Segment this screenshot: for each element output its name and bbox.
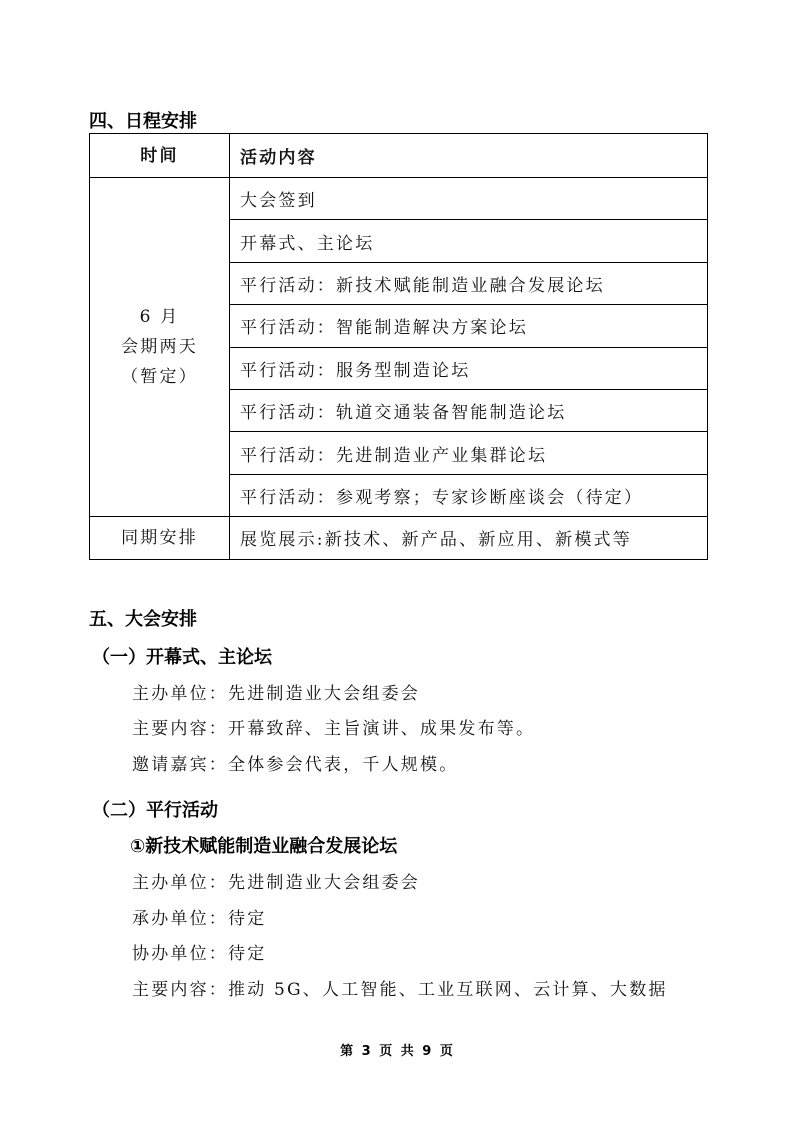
forum-1-heading: ①新技术赋能制造业融合发展论坛 (130, 832, 397, 858)
schedule-table: 时间 活动内容 6 月 会期两天 （暂定） 大会签到 开幕式、主论坛 平行活动：… (89, 133, 708, 560)
page-footer: 第 3 页 共 9 页 (0, 1040, 793, 1059)
undertaker-line: 承办单位：待定 (132, 904, 266, 929)
header-time: 时间 (90, 134, 230, 178)
section-4-heading: 四、日程安排 (89, 107, 197, 133)
guests-line: 邀请嘉宾：全体参会代表，千人规模。 (132, 750, 458, 775)
activity-cell: 平行活动：服务型制造论坛 (230, 347, 708, 389)
activity-cell: 平行活动：参观考察；专家诊断座谈会（待定） (230, 474, 708, 516)
activity-cell: 开幕式、主论坛 (230, 220, 708, 262)
time-cell-main: 6 月 会期两天 （暂定） (90, 178, 230, 517)
activity-cell: 平行活动：先进制造业产业集群论坛 (230, 432, 708, 474)
time-month: 6 月 (90, 302, 229, 332)
subsection-1-heading: （一）开幕式、主论坛 (92, 643, 272, 669)
table-header-row: 时间 活动内容 (90, 134, 708, 178)
section-5-heading: 五、大会安排 (89, 605, 197, 631)
header-activity: 活动内容 (230, 134, 708, 178)
time-cell-concurrent: 同期安排 (90, 517, 230, 559)
time-tentative: （暂定） (90, 362, 229, 392)
activity-cell: 平行活动：智能制造解决方案论坛 (230, 305, 708, 347)
table-row: 同期安排 展览展示:新技术、新产品、新应用、新模式等 (90, 517, 708, 559)
co-organizer-line: 协办单位：待定 (132, 939, 266, 964)
content-line: 主要内容：开幕致辞、主旨演讲、成果发布等。 (132, 714, 535, 739)
organizer-line: 主办单位：先进制造业大会组委会 (132, 679, 420, 704)
activity-cell: 大会签到 (230, 178, 708, 220)
activity-cell: 平行活动：新技术赋能制造业融合发展论坛 (230, 262, 708, 304)
activity-cell: 平行活动：轨道交通装备智能制造论坛 (230, 389, 708, 431)
time-duration: 会期两天 (90, 332, 229, 362)
organizer-line: 主办单位：先进制造业大会组委会 (132, 868, 420, 893)
subsection-2-heading: （二）平行活动 (92, 796, 218, 822)
content-line: 主要内容：推动 5G、人工智能、工业互联网、云计算、大数据 (132, 975, 668, 1000)
table-row: 6 月 会期两天 （暂定） 大会签到 (90, 178, 708, 220)
activity-cell: 展览展示:新技术、新产品、新应用、新模式等 (230, 517, 708, 559)
